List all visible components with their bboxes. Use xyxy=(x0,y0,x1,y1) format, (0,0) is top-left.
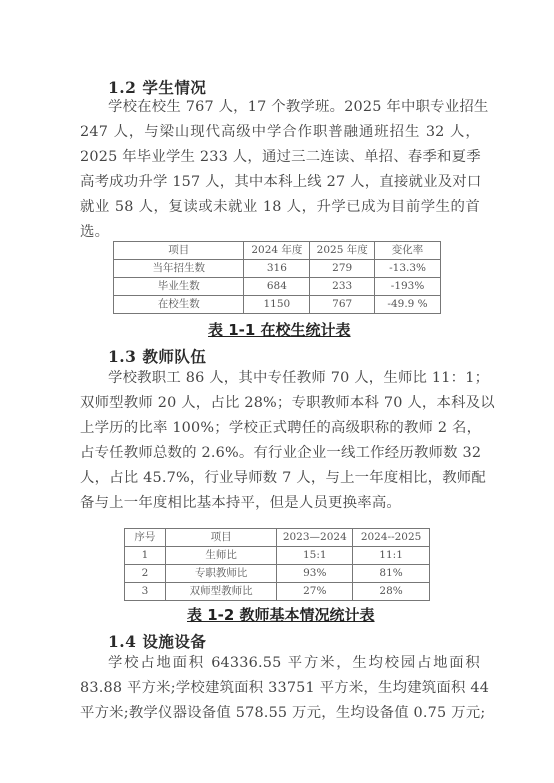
table-cell: 11:1 xyxy=(353,547,430,565)
table-cell: 毕业生数 xyxy=(114,278,244,296)
header-cell: 变化率 xyxy=(375,242,441,260)
table-cell: -13.3% xyxy=(375,260,441,278)
text-line: 83.88 平方米;学校建筑面积 33751 平方米，生均建筑面积 44 xyxy=(80,676,480,701)
header-cell: 序号 xyxy=(125,529,166,547)
text-line: 上学历的比率 100%；学校正式聘任的高级职称的教师 2 名， xyxy=(80,416,480,441)
table-cell: 28% xyxy=(353,583,430,601)
text-line: 高考成功升学 157 人，其中本科上线 27 人，直接就业及对口 xyxy=(80,170,480,195)
header-cell: 2023—2024 xyxy=(277,529,353,547)
table-cell: -193% xyxy=(375,278,441,296)
header-cell: 项目 xyxy=(165,529,277,547)
table-cell: 3 xyxy=(125,583,166,601)
table-cell: 双师型教师比 xyxy=(165,583,277,601)
paragraph-facilities: 学校占地面积 64336.55 平方米，生均校园占地面积 83.88 平方米;学… xyxy=(80,651,480,726)
table-cell: 767 xyxy=(310,296,375,314)
table-header-row: 项目 2024 年度 2025 年度 变化率 xyxy=(114,242,441,260)
table-row: 毕业生数 684 233 -193% xyxy=(114,278,441,296)
table-row: 3 双师型教师比 27% 28% xyxy=(125,583,430,601)
student-stats-table: 项目 2024 年度 2025 年度 变化率 当年招生数 316 279 -13… xyxy=(113,241,441,314)
text-line: 学校在校生 767 人，17 个教学班。2025 年中职专业招生 xyxy=(80,95,480,120)
table-cell: 93% xyxy=(277,565,353,583)
table-cell: 279 xyxy=(310,260,375,278)
table-row: 当年招生数 316 279 -13.3% xyxy=(114,260,441,278)
table-cell: 当年招生数 xyxy=(114,260,244,278)
table-caption-2: 表 1-2 教师基本情况统计表 xyxy=(187,604,375,625)
text-line: 平方米;教学仪器设备值 578.55 万元，生均设备值 0.75 万元; xyxy=(80,701,480,726)
section-heading-facilities: 1.4 设施设备 xyxy=(108,630,206,652)
section-heading-teachers: 1.3 教师队伍 xyxy=(108,345,206,367)
text-line: 双师型教师 20 人，占比 28%；专职教师本科 70 人，本科及以 xyxy=(80,391,480,416)
table-cell: -49.9 % xyxy=(375,296,441,314)
table-cell: 1150 xyxy=(244,296,310,314)
table-cell: 233 xyxy=(310,278,375,296)
table-row: 在校生数 1150 767 -49.9 % xyxy=(114,296,441,314)
table-cell: 316 xyxy=(244,260,310,278)
paragraph-teachers: 学校教职工 86 人，其中专任教师 70 人，生师比 11：1； 双师型教师 2… xyxy=(80,366,480,516)
table-row: 1 生师比 15:1 11:1 xyxy=(125,547,430,565)
table-cell: 专职教师比 xyxy=(165,565,277,583)
table-cell: 27% xyxy=(277,583,353,601)
header-cell: 2024 年度 xyxy=(244,242,310,260)
table-row: 2 专职教师比 93% 81% xyxy=(125,565,430,583)
table-cell: 684 xyxy=(244,278,310,296)
text-line: 2025 年毕业学生 233 人，通过三二连读、单招、春季和夏季 xyxy=(80,145,480,170)
table-caption-1: 表 1-1 在校生统计表 xyxy=(208,319,351,340)
header-cell: 项目 xyxy=(114,242,244,260)
table-cell: 在校生数 xyxy=(114,296,244,314)
header-cell: 2024--2025 xyxy=(353,529,430,547)
paragraph-students: 学校在校生 767 人，17 个教学班。2025 年中职专业招生 247 人，与… xyxy=(80,95,480,245)
table-cell: 2 xyxy=(125,565,166,583)
text-line: 247 人，与梁山现代高级中学合作职普融通班招生 32 人， xyxy=(80,120,480,145)
text-line: 人，占比 45.7%，行业导师数 7 人，与上一年度相比，教师配 xyxy=(80,466,480,491)
table-cell: 生师比 xyxy=(165,547,277,565)
text-line: 占专任教师总数的 2.6%。有行业企业一线工作经历教师数 32 xyxy=(80,441,480,466)
header-cell: 2025 年度 xyxy=(310,242,375,260)
text-line: 学校占地面积 64336.55 平方米，生均校园占地面积 xyxy=(80,651,480,676)
table-cell: 15:1 xyxy=(277,547,353,565)
document-page: 1.2 学生情况 学校在校生 767 人，17 个教学班。2025 年中职专业招… xyxy=(0,0,554,783)
table-header-row: 序号 项目 2023—2024 2024--2025 xyxy=(125,529,430,547)
teacher-stats-table: 序号 项目 2023—2024 2024--2025 1 生师比 15:1 11… xyxy=(124,528,430,601)
table-cell: 1 xyxy=(125,547,166,565)
table-cell: 81% xyxy=(353,565,430,583)
text-line: 就业 58 人，复读或未就业 18 人，升学已成为目前学生的首 xyxy=(80,195,480,220)
text-line: 备与上一年度相比基本持平，但是人员更换率高。 xyxy=(80,491,480,516)
text-line: 学校教职工 86 人，其中专任教师 70 人，生师比 11：1； xyxy=(80,366,480,391)
